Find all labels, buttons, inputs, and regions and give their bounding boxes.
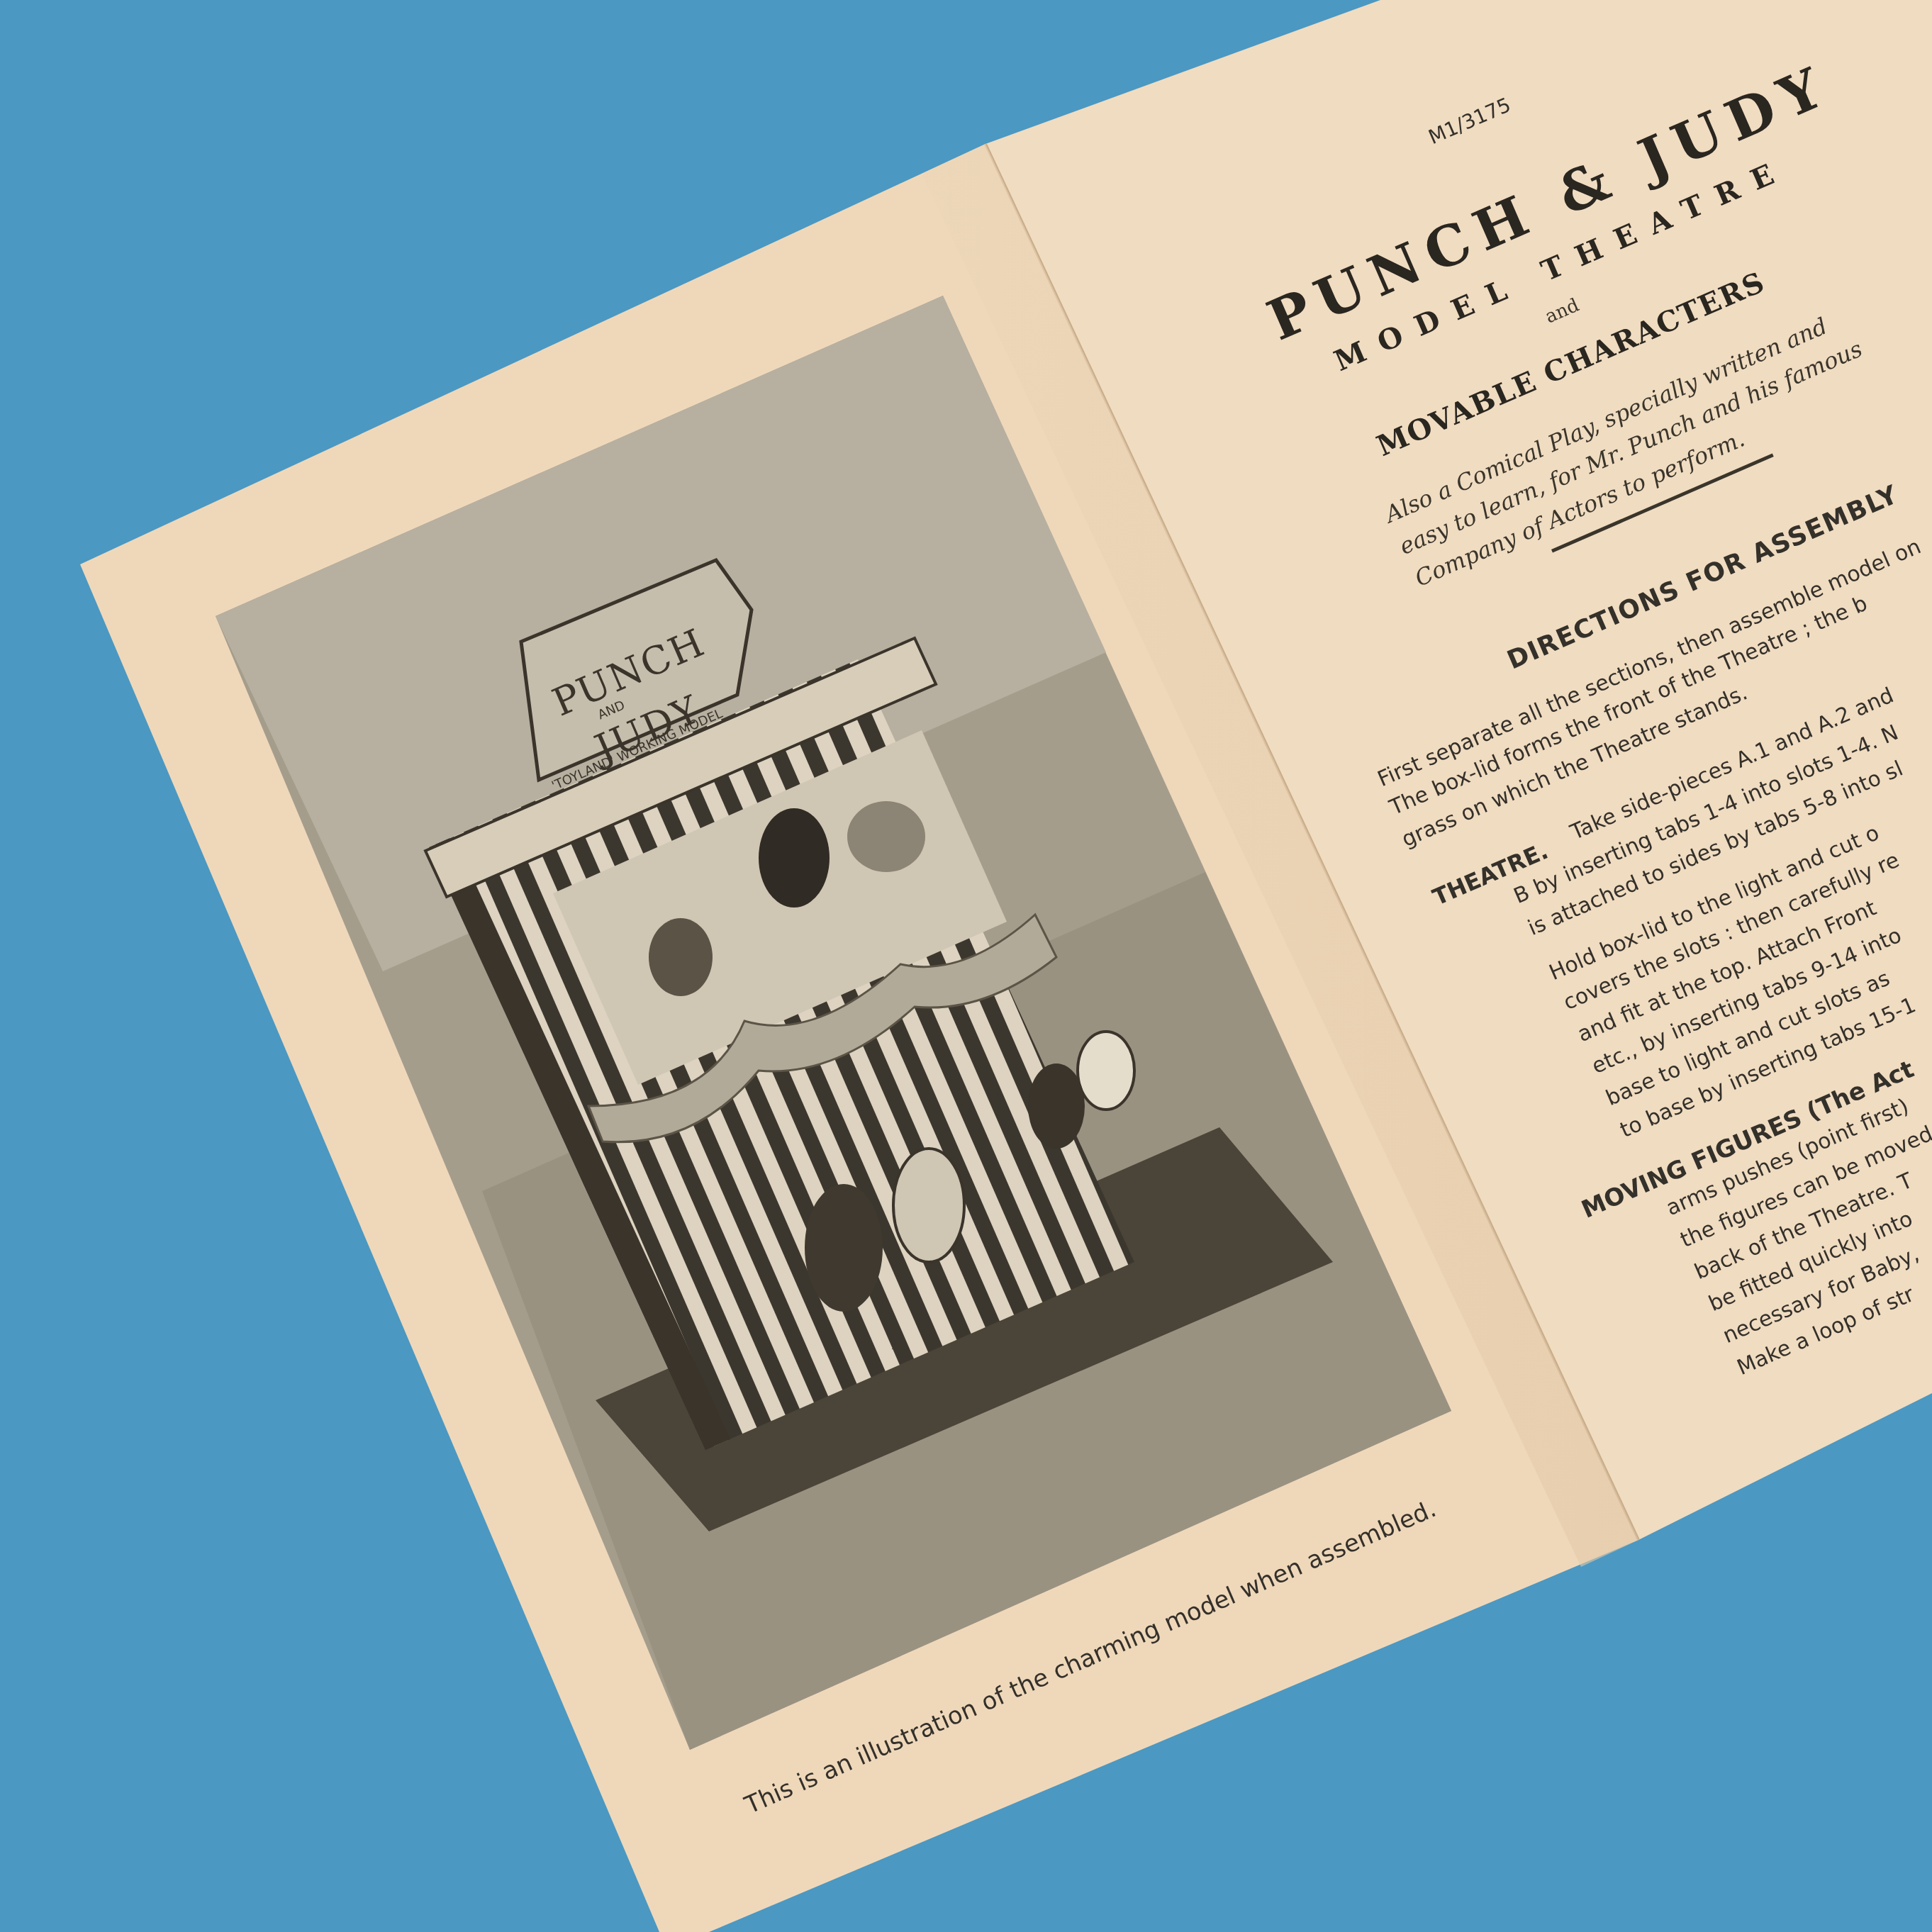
booklet-photo: PUNCH AND JUDY 'TOYLAND' WORKING MODEL T… [0,0,1932,1932]
